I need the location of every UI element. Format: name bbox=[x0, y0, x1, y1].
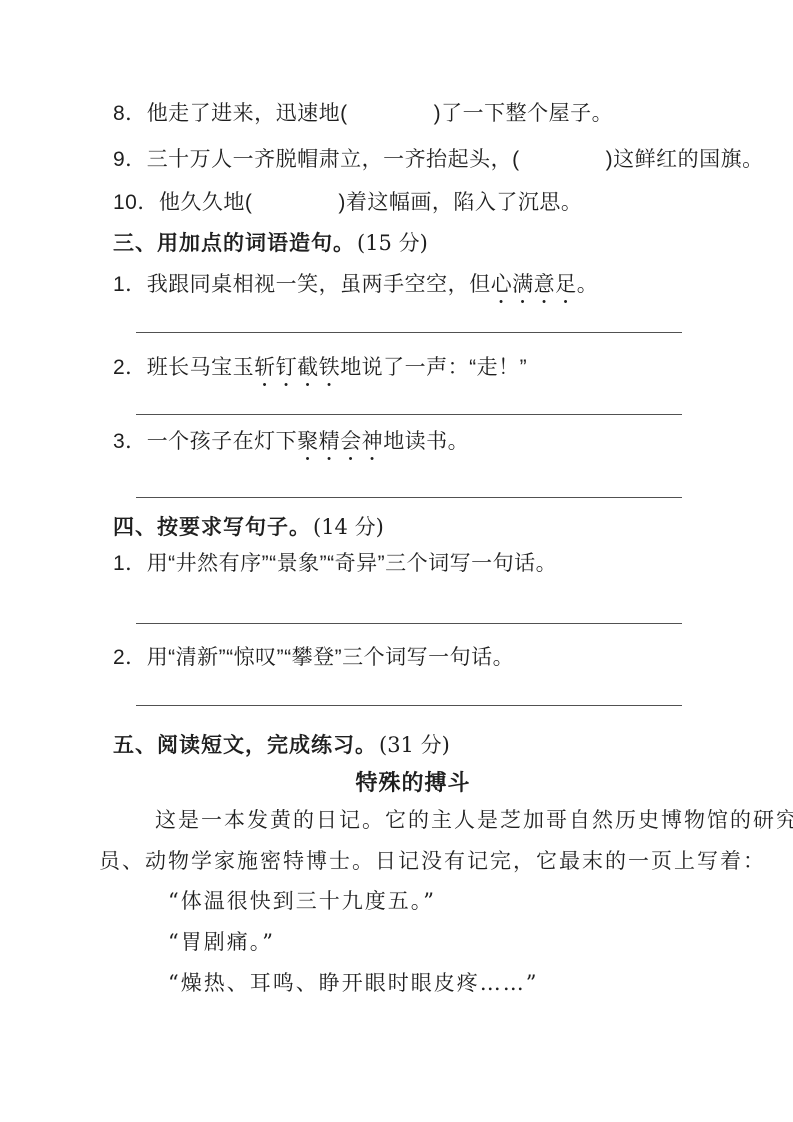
passage-title: 特殊的搏斗 bbox=[113, 770, 713, 796]
section-3-heading: 三、用加点的词语造句。(15 分) bbox=[113, 230, 428, 257]
question-text: 用“井然有序”“景象”“奇异”三个词写一句话。 bbox=[147, 552, 557, 575]
section-5-title: 五、阅读短文，完成练习。 bbox=[113, 734, 377, 757]
emphasized-word: 聚精会神 bbox=[297, 430, 383, 453]
question-9: 9．三十万人一齐脱帽肃立，一齐抬起头，( )这鲜红的国旗。 bbox=[113, 147, 764, 173]
question-text-post: 地说了一声：“走！” bbox=[340, 356, 527, 379]
question-number: 3． bbox=[113, 430, 147, 453]
question-10-number: 10． bbox=[113, 191, 159, 214]
question-9-text: 三十万人一齐脱帽肃立，一齐抬起头，( )这鲜红的国旗。 bbox=[147, 148, 764, 171]
diary-quote-1: “体温很快到三十九度五。” bbox=[168, 888, 436, 914]
section-5-score: (31 分) bbox=[379, 733, 450, 757]
question-number: 1． bbox=[113, 273, 147, 296]
section-4-title: 四、按要求写句子。 bbox=[113, 516, 311, 539]
answer-blank-line bbox=[136, 414, 682, 415]
question-8-text: 他走了进来，迅速地( )了一下整个屋子。 bbox=[147, 102, 614, 125]
question-text: 用“清新”“惊叹”“攀登”三个词写一句话。 bbox=[147, 646, 514, 669]
question-9-number: 9． bbox=[113, 148, 147, 171]
question-10: 10．他久久地( )着这幅画，陷入了沉思。 bbox=[113, 190, 582, 216]
emphasized-word: 斩钉截铁 bbox=[254, 356, 340, 379]
section-4-question-2: 2．用“清新”“惊叹”“攀登”三个词写一句话。 bbox=[113, 645, 514, 671]
section-3-title: 三、用加点的词语造句。 bbox=[113, 232, 355, 255]
passage-paragraph-line-1: 这是一本发黄的日记。它的主人是芝加哥自然历史博物馆的研究 bbox=[155, 807, 793, 833]
question-number: 2． bbox=[113, 646, 147, 669]
section-4-question-1: 1．用“井然有序”“景象”“奇异”三个词写一句话。 bbox=[113, 551, 557, 577]
answer-blank-line bbox=[136, 623, 682, 624]
emphasized-word: 心满意足 bbox=[491, 273, 577, 296]
answer-blank-line bbox=[136, 332, 682, 333]
answer-blank-line bbox=[136, 497, 682, 498]
question-8: 8．他走了进来，迅速地( )了一下整个屋子。 bbox=[113, 101, 613, 127]
question-8-number: 8． bbox=[113, 102, 147, 125]
question-10-text: 他久久地( )着这幅画，陷入了沉思。 bbox=[159, 191, 583, 214]
section-4-heading: 四、按要求写句子。(14 分) bbox=[113, 514, 384, 541]
question-text-post: 地读书。 bbox=[383, 430, 469, 453]
passage-paragraph-line-2: 员、动物学家施密特博士。日记没有记完，它最末的一页上写着： bbox=[99, 848, 766, 874]
question-text-post: 。 bbox=[577, 273, 599, 296]
section-3-question-3: 3．一个孩子在灯下聚精会神地读书。 bbox=[113, 429, 469, 465]
section-4-score: (14 分) bbox=[313, 515, 384, 539]
diary-quote-2: “胃剧痛。” bbox=[168, 929, 275, 955]
question-text-pre: 我跟同桌相视一笑，虽两手空空，但 bbox=[147, 273, 491, 296]
question-text-pre: 班长马宝玉 bbox=[147, 356, 255, 379]
section-5-heading: 五、阅读短文，完成练习。(31 分) bbox=[113, 732, 450, 759]
question-number: 2． bbox=[113, 356, 147, 379]
worksheet-page: 8．他走了进来，迅速地( )了一下整个屋子。 9．三十万人一齐脱帽肃立，一齐抬起… bbox=[0, 0, 793, 1122]
question-number: 1． bbox=[113, 552, 147, 575]
answer-blank-line bbox=[136, 705, 682, 706]
question-text-pre: 一个孩子在灯下 bbox=[147, 430, 298, 453]
diary-quote-3: “燥热、耳鸣、睁开眼时眼皮疼……” bbox=[168, 970, 538, 996]
section-3-question-1: 1．我跟同桌相视一笑，虽两手空空，但心满意足。 bbox=[113, 272, 598, 308]
section-3-question-2: 2．班长马宝玉斩钉截铁地说了一声：“走！” bbox=[113, 355, 527, 391]
section-3-score: (15 分) bbox=[357, 231, 428, 255]
